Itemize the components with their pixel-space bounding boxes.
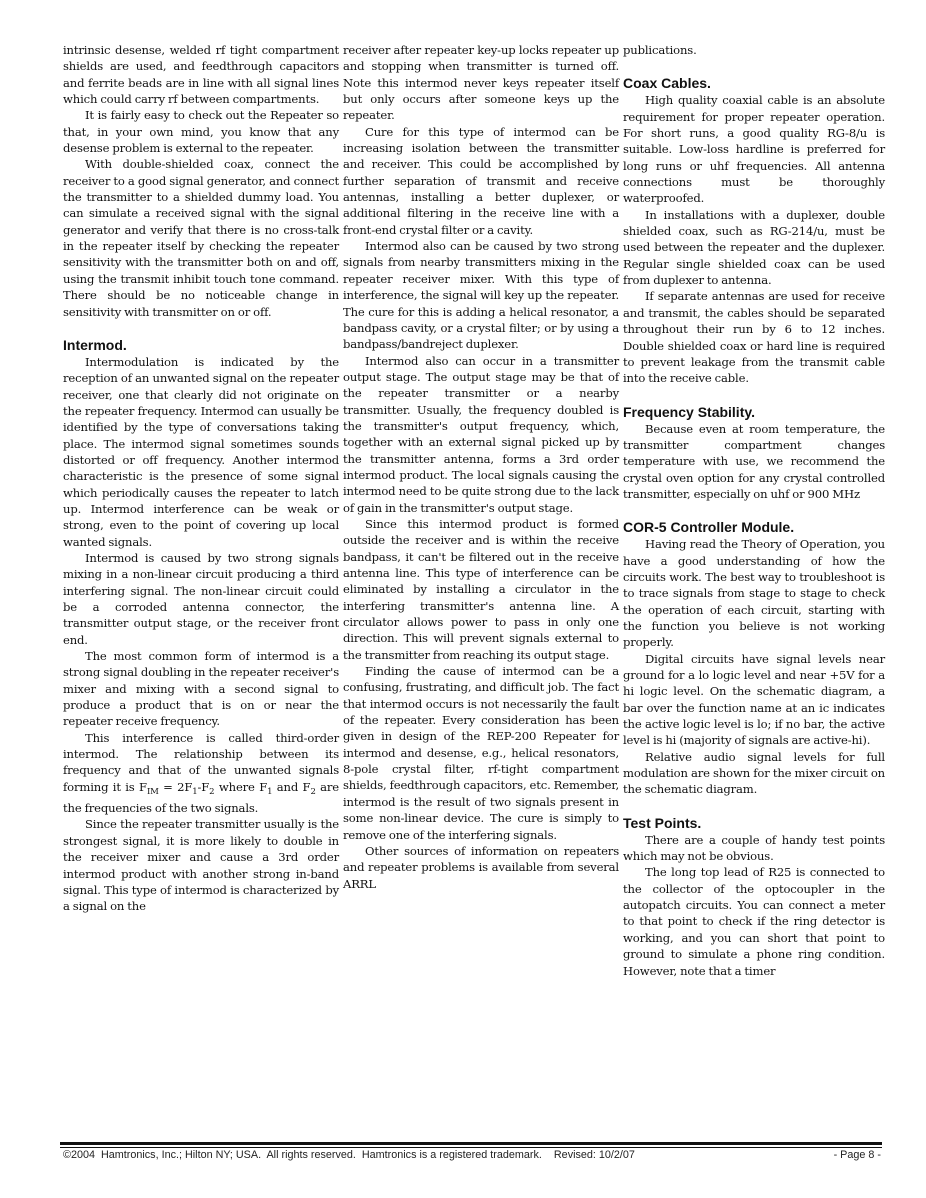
footer-rule-thick (60, 1142, 882, 1145)
formula-text: -F (198, 780, 210, 794)
document-page: intrinsic desense, welded rf tight compa… (63, 42, 883, 1142)
formula-text: and (272, 780, 302, 794)
paragraph: The most common form of intermod is a st… (63, 648, 339, 730)
paragraph: High quality coaxial cable is an absolut… (623, 92, 885, 206)
paragraph: receiver after repeater key-up locks rep… (343, 42, 619, 124)
paragraph: Digital circuits have signal levels near… (623, 651, 885, 749)
footer-rule-thin (60, 1147, 882, 1148)
page-number: - Page 8 - (834, 1149, 881, 1161)
paragraph: Since this intermod product is formed ou… (343, 516, 619, 663)
paragraph: Since the repeater transmitter usually i… (63, 816, 339, 914)
paragraph: With double-shielded coax, connect the r… (63, 156, 339, 319)
paragraph: The long top lead of R25 is connected to… (623, 864, 885, 978)
paragraph: intrinsic desense, welded rf tight compa… (63, 42, 339, 107)
paragraph: Cure for this type of intermod can be in… (343, 124, 619, 238)
formula-subscript: IM (147, 787, 159, 797)
paragraph: Relative audio signal levels for full mo… (623, 749, 885, 798)
paragraph: If separate antennas are used for receiv… (623, 288, 885, 386)
paragraph: Because even at room temperature, the tr… (623, 421, 885, 503)
formula-text: F (139, 780, 147, 794)
paragraph: In installations with a duplexer, double… (623, 207, 885, 289)
section-heading: Test Points. (623, 815, 885, 831)
formula-text: = 2F (159, 780, 193, 794)
paragraph: Having read the Theory of Operation, you… (623, 536, 885, 650)
formula-text: F (259, 780, 267, 794)
section-heading: Coax Cables. (623, 75, 885, 91)
paragraph: It is fairly easy to check out the Repea… (63, 107, 339, 156)
section-heading: Frequency Stability. (623, 404, 885, 420)
paragraph: Intermod also can be caused by two stron… (343, 238, 619, 352)
paragraph: There are a couple of handy test points … (623, 832, 885, 865)
paragraph: Finding the cause of intermod can be a c… (343, 663, 619, 843)
footer-copyright: ©2004 Hamtronics, Inc.; Hilton NY; USA. … (63, 1149, 635, 1161)
paragraph: Intermod is caused by two strong signals… (63, 550, 339, 648)
section-heading: Intermod. (63, 337, 339, 353)
formula-text: where (214, 780, 259, 794)
paragraph: Intermodulation is indicated by the rece… (63, 354, 339, 550)
column-2: receiver after repeater key-up locks rep… (343, 42, 619, 892)
section-heading: COR-5 Controller Module. (623, 519, 885, 535)
paragraph: publications. (623, 42, 885, 58)
page-footer: ©2004 Hamtronics, Inc.; Hilton NY; USA. … (63, 1149, 881, 1161)
paragraph: Intermod also can occur in a transmitter… (343, 353, 619, 516)
paragraph-with-formula: This interference is called third-order … (63, 730, 339, 817)
column-1: intrinsic desense, welded rf tight compa… (63, 42, 339, 915)
column-3: publications.Coax Cables.High quality co… (623, 42, 885, 979)
paragraph: Other sources of information on repeater… (343, 843, 619, 892)
